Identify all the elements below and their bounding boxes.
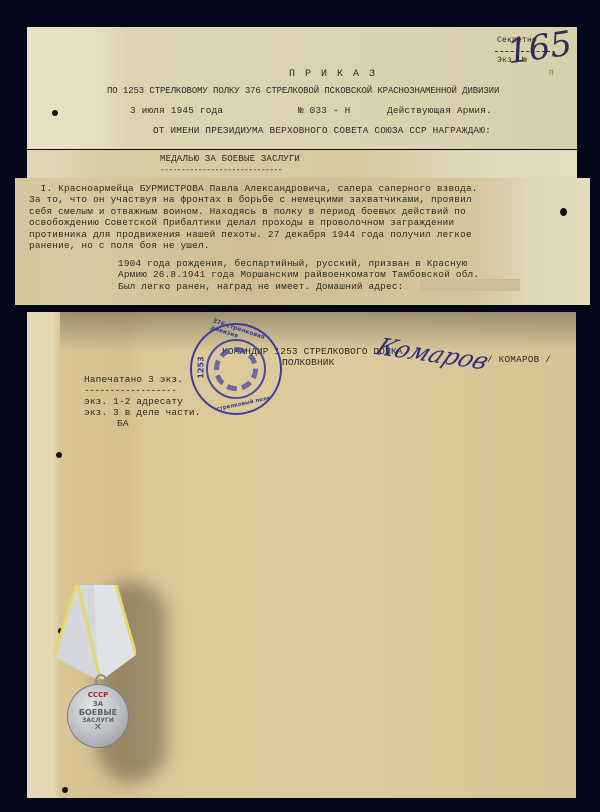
medal-ussr-text: СССР [68, 691, 128, 699]
award-citation-strip: I. Красноармейца БУРМИСТРОВА Павла Алекс… [15, 178, 590, 305]
order-preamble: ОТ ИМЕНИ ПРЕЗИДИУМА ВЕРХОВНОГО СОВЕТА СО… [153, 125, 491, 136]
citation-line: себя смелым и отважным воином. Находясь … [29, 206, 478, 217]
secrecy-box: Секретно Экз. № П 165 [487, 32, 567, 82]
order-number: № 033 - Н [298, 105, 350, 116]
medal-line2: БОЕВЫЕ [68, 708, 128, 717]
citation-text: I. Красноармейца БУРМИСТРОВА Павла Алекс… [29, 183, 478, 251]
redacted-address [420, 279, 520, 291]
archive-page-number: 165 [505, 24, 575, 73]
citation-line: За то, что он участвуя на фронтах в борь… [29, 194, 478, 205]
signature-sheet: КОМАНДИР 1253 СТРЕЛКОВОГО ПОЛКА ПОЛКОВНИ… [27, 312, 576, 798]
medal-heading: МЕДАЛЬЮ ЗА БОЕВЫЕ ЗАСЛУГИ [160, 154, 300, 164]
distribution-block: Напечатано 3 экз. ------------------ экз… [84, 374, 201, 429]
order-location: Действующая Армия. [387, 105, 492, 116]
citation-line: ранение, но с поля боя не ушел. [29, 240, 478, 251]
crossed-rifles-icon: ✕ [68, 724, 128, 732]
copy-distribution-1: экз. 1-2 адресату [84, 396, 201, 407]
citation-line: противника для продвижения нашей пехоты.… [29, 229, 478, 240]
citation-line: I. Красноармейца БУРМИСТРОВА Павла Алекс… [29, 183, 478, 194]
copies-printed: Напечатано 3 экз. [84, 374, 201, 385]
punch-hole [52, 110, 58, 116]
medal-heading-underline: ----------------------------- [160, 166, 282, 175]
punch-hole [560, 208, 567, 216]
page-mark: П [549, 70, 553, 78]
punch-hole [62, 787, 68, 793]
punch-hole [56, 452, 62, 458]
typist-initials: БА [84, 418, 201, 429]
order-header-sheet: Секретно Экз. № П 165 П Р И К А З ПО 125… [27, 27, 577, 149]
order-date: 3 июля 1945 года [130, 105, 223, 116]
unit-line: ПО 1253 СТРЕЛКОВОМУ ПОЛКУ 376 СТРЕЛКОВОЙ… [107, 86, 499, 96]
copy-distribution-2: экз. 3 в деле части. [84, 407, 201, 418]
bio-line: 1904 года рождения, беспартийный, русски… [118, 258, 479, 269]
distribution-divider: ------------------ [84, 385, 201, 396]
commander-name: / КОМАРОВ / [487, 354, 551, 365]
medal-ribbon-icon [54, 585, 136, 685]
unit-seal-stamp: 376 стрелковая дивизия 1253 стрелковый п… [190, 323, 282, 415]
order-title: П Р И К А З [289, 69, 377, 80]
medal-line1: ЗА [68, 700, 128, 708]
medal-disc: СССР ЗА БОЕВЫЕ ЗАСЛУГИ ✕ [67, 684, 129, 748]
citation-line: освобождению Советской Прибалтики делал … [29, 217, 478, 228]
stamp-left-text: 1253 [197, 356, 206, 378]
fold-shadow [60, 312, 576, 352]
stamp-emblem [214, 347, 258, 391]
commander-rank: ПОЛКОВНИК [282, 357, 334, 368]
